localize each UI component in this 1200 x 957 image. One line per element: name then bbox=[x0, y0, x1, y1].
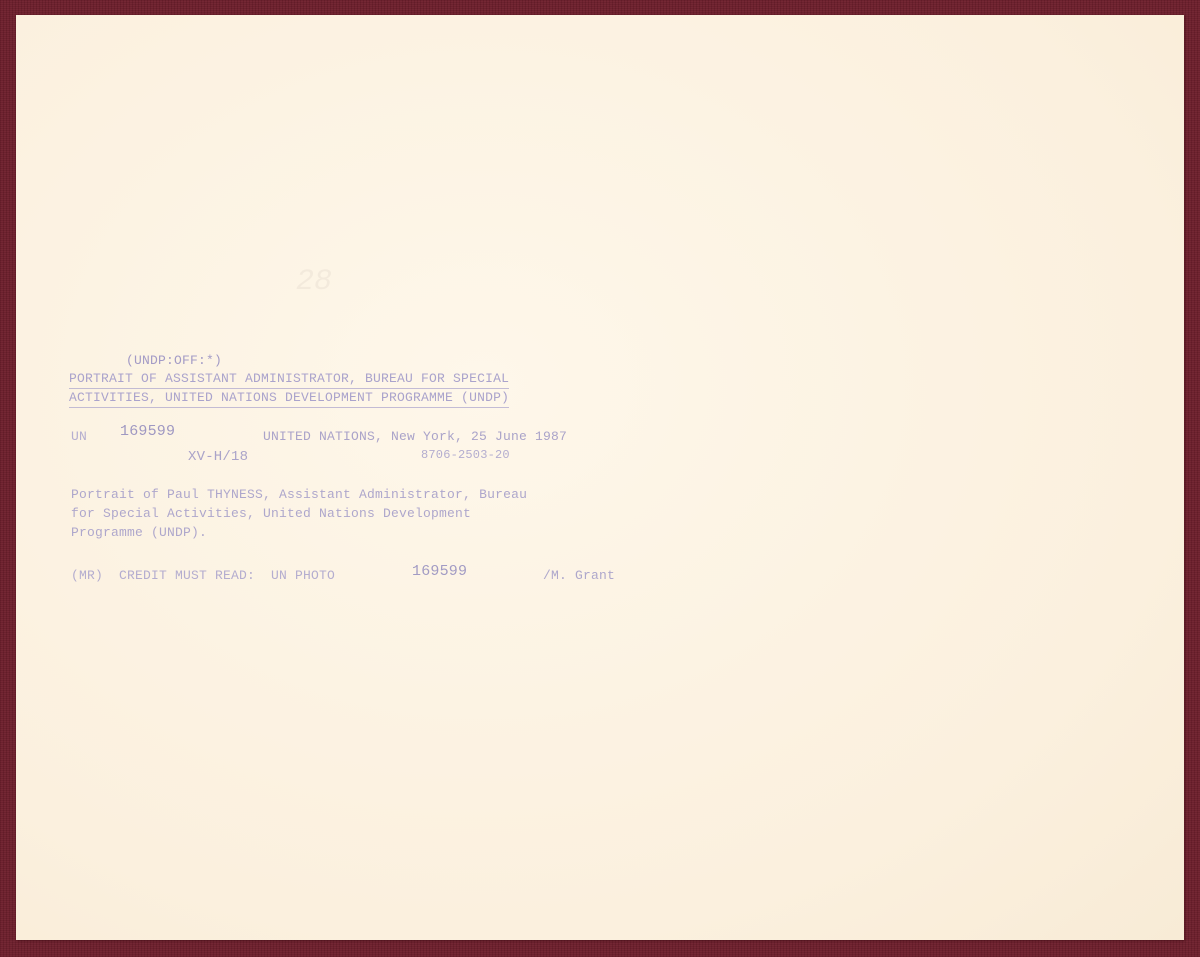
credit-line: (MR) CREDIT MUST READ: UN PHOTO bbox=[71, 567, 335, 584]
caption: Portrait of Paul THYNESS, Assistant Admi… bbox=[71, 485, 527, 542]
credit-photo-number: 169599 bbox=[412, 563, 467, 580]
photo-paper: 28 (UNDP:OFF:*) PORTRAIT OF ASSISTANT AD… bbox=[16, 15, 1184, 940]
photographer-credit: /M. Grant bbox=[543, 567, 615, 584]
caption-line-3: Programme (UNDP). bbox=[71, 525, 207, 540]
agency-label: UN bbox=[71, 428, 87, 445]
dateline: UNITED NATIONS, New York, 25 June 1987 bbox=[263, 428, 567, 445]
header-code: (UNDP:OFF:*) bbox=[126, 352, 222, 369]
header-title-line-1: PORTRAIT OF ASSISTANT ADMINISTRATOR, BUR… bbox=[69, 370, 509, 389]
reference-code: 8706-2503-20 bbox=[421, 447, 510, 464]
photo-number: 169599 bbox=[120, 423, 175, 440]
faint-pencil-mark: 28 bbox=[296, 265, 332, 299]
series-code: XV-H/18 bbox=[188, 449, 248, 466]
caption-line-2: for Special Activities, United Nations D… bbox=[71, 506, 471, 521]
caption-line-1: Portrait of Paul THYNESS, Assistant Admi… bbox=[71, 487, 527, 502]
header-title-line-2: ACTIVITIES, UNITED NATIONS DEVELOPMENT P… bbox=[69, 389, 509, 408]
